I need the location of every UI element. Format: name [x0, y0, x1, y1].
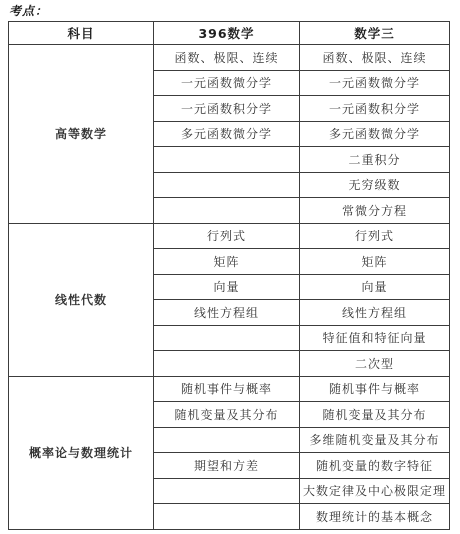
topic-cell-math3: 随机变量及其分布: [300, 402, 450, 428]
topic-cell-396: 行列式: [154, 223, 300, 249]
topic-cell-math3: 行列式: [300, 223, 450, 249]
topic-cell-396-empty: [154, 504, 300, 530]
topic-cell-math3: 一元函数积分学: [300, 96, 450, 122]
topic-cell-math3: 大数定律及中心极限定理: [300, 478, 450, 504]
topic-cell-math3: 多维随机变量及其分布: [300, 427, 450, 453]
header-396-math: 396数学: [154, 22, 300, 45]
topic-cell-396-empty: [154, 351, 300, 377]
topic-cell-396-empty: [154, 427, 300, 453]
table-row: 高等数学 函数、极限、连续 函数、极限、连续: [9, 45, 450, 71]
topic-cell-math3: 常微分方程: [300, 198, 450, 224]
topic-cell-math3: 向量: [300, 274, 450, 300]
topic-cell-math3: 函数、极限、连续: [300, 45, 450, 71]
topic-cell-math3: 矩阵: [300, 249, 450, 275]
exam-points-label: 考点：: [9, 2, 48, 19]
topic-cell-396: 向量: [154, 274, 300, 300]
subject-cell-linear-algebra: 线性代数: [9, 223, 154, 376]
topic-cell-math3: 特征值和特征向量: [300, 325, 450, 351]
exam-topics-table: 科目 396数学 数学三 高等数学 函数、极限、连续 函数、极限、连续 一元函数…: [8, 21, 450, 530]
topic-cell-396-empty: [154, 172, 300, 198]
topic-cell-math3: 二次型: [300, 351, 450, 377]
topic-cell-396-empty: [154, 325, 300, 351]
topic-cell-396: 线性方程组: [154, 300, 300, 326]
subject-cell-advanced-math: 高等数学: [9, 45, 154, 224]
page: 考点： 科目 396数学 数学三 高等数学 函数、极限、连续 函数、极限、连续 …: [0, 0, 460, 534]
topic-cell-396: 函数、极限、连续: [154, 45, 300, 71]
topic-cell-math3: 随机事件与概率: [300, 376, 450, 402]
topic-cell-396-empty: [154, 478, 300, 504]
topic-cell-math3: 无穷级数: [300, 172, 450, 198]
topic-cell-math3: 一元函数微分学: [300, 70, 450, 96]
topic-cell-396: 一元函数积分学: [154, 96, 300, 122]
table-row: 概率论与数理统计 随机事件与概率 随机事件与概率: [9, 376, 450, 402]
header-math-three: 数学三: [300, 22, 450, 45]
topic-cell-math3: 多元函数微分学: [300, 121, 450, 147]
subject-cell-probability-statistics: 概率论与数理统计: [9, 376, 154, 529]
table-header-row: 科目 396数学 数学三: [9, 22, 450, 45]
topic-cell-396: 随机事件与概率: [154, 376, 300, 402]
table-row: 线性代数 行列式 行列式: [9, 223, 450, 249]
topic-cell-math3: 二重积分: [300, 147, 450, 173]
topic-cell-396-empty: [154, 147, 300, 173]
header-subject: 科目: [9, 22, 154, 45]
topic-cell-math3: 线性方程组: [300, 300, 450, 326]
topic-cell-396: 随机变量及其分布: [154, 402, 300, 428]
topic-cell-396-empty: [154, 198, 300, 224]
topic-cell-math3: 数理统计的基本概念: [300, 504, 450, 530]
topic-cell-math3: 随机变量的数字特征: [300, 453, 450, 479]
topic-cell-396: 多元函数微分学: [154, 121, 300, 147]
topic-cell-396: 一元函数微分学: [154, 70, 300, 96]
topic-cell-396: 矩阵: [154, 249, 300, 275]
topic-cell-396: 期望和方差: [154, 453, 300, 479]
